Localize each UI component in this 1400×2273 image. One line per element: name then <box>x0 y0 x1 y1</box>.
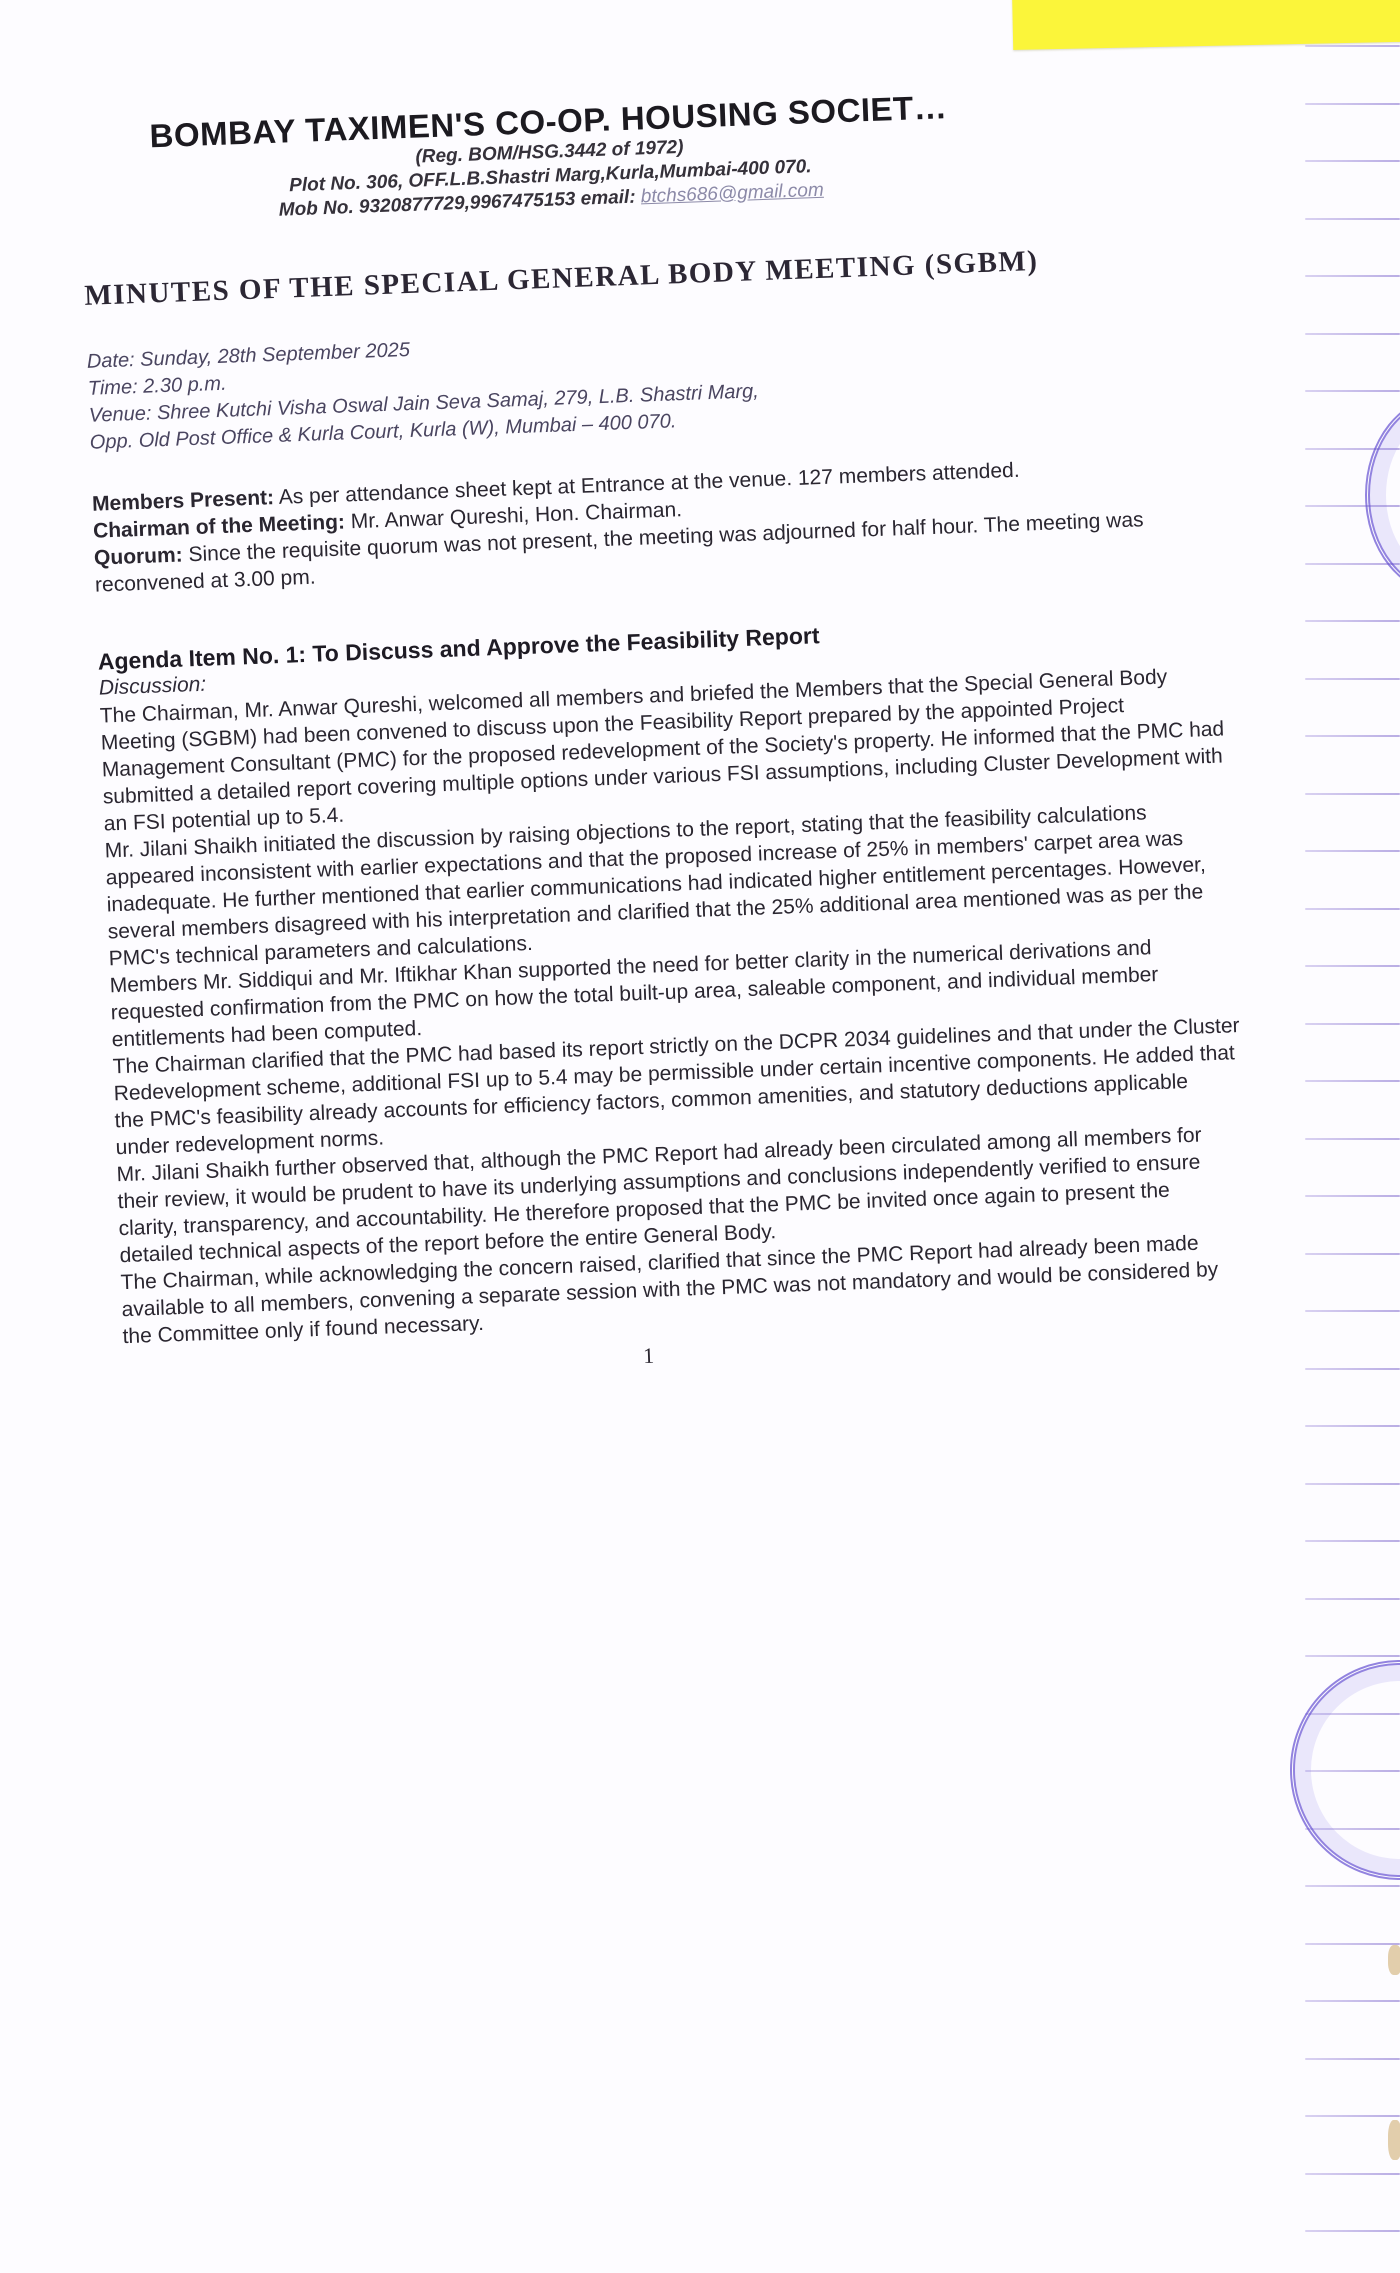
paper-stain <box>1388 1945 1400 1975</box>
ruled-line <box>1305 2115 1400 2117</box>
ruled-line <box>1305 965 1400 967</box>
ruled-line <box>1305 1540 1400 1542</box>
ruled-line <box>1305 2230 1400 2232</box>
ruled-line <box>1305 1195 1400 1197</box>
paper-stain <box>1388 2120 1400 2160</box>
ruled-line <box>1305 1310 1400 1312</box>
meeting-details: Date: Sunday, 28th September 2025 Time: … <box>86 307 1219 456</box>
ruled-line <box>1305 1943 1400 1945</box>
ruled-line <box>1305 793 1400 795</box>
email-link[interactable]: btchs686@gmail.com <box>640 180 824 208</box>
letterhead: BOMBAY TAXIMEN'S CO-OP. HOUSING SOCIET… … <box>118 87 981 228</box>
ruled-line <box>1305 45 1400 47</box>
ruled-line <box>1305 2173 1400 2175</box>
ruled-line <box>1305 1598 1400 1600</box>
ruled-line <box>1305 1023 1400 1025</box>
ruled-line <box>1305 160 1400 162</box>
ruled-line <box>1305 218 1400 220</box>
quorum-label: Quorum: <box>94 543 183 569</box>
ruled-line <box>1305 2058 1400 2060</box>
ruled-line <box>1305 333 1400 335</box>
ruled-line <box>1305 735 1400 737</box>
ruled-line <box>1305 620 1400 622</box>
ruled-line <box>1305 1253 1400 1255</box>
ruled-line <box>1305 1655 1400 1657</box>
ruled-line <box>1305 1885 1400 1887</box>
notebook-ruled-lines <box>1305 0 1400 2273</box>
ruled-line <box>1305 275 1400 277</box>
ruled-line <box>1305 1080 1400 1082</box>
ruled-line <box>1305 2000 1400 2002</box>
ruled-line <box>1305 1138 1400 1140</box>
ruled-line <box>1305 1483 1400 1485</box>
attendance-section: Members Present: As per attendance sheet… <box>92 449 1225 598</box>
document-title: MINUTES OF THE SPECIAL GENERAL BODY MEET… <box>84 238 1214 312</box>
ruled-line <box>1305 850 1400 852</box>
ruled-line <box>1305 678 1400 680</box>
ruled-line <box>1305 103 1400 105</box>
ruled-line <box>1305 1368 1400 1370</box>
ruled-line <box>1305 1425 1400 1427</box>
ruled-line <box>1305 908 1400 910</box>
minutes-document: BOMBAY TAXIMEN'S CO-OP. HOUSING SOCIET… … <box>78 79 1254 1388</box>
ruled-line <box>1305 390 1400 392</box>
